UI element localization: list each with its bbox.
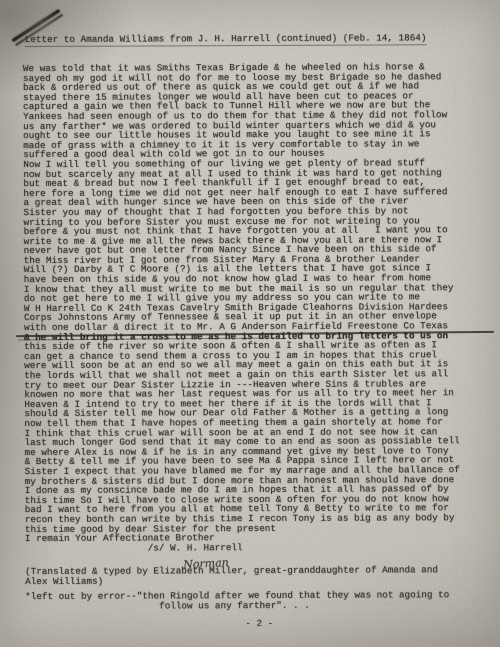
letter-content: Letter to Amanda Williams from J. H. Har… bbox=[23, 27, 494, 630]
letter-title: Letter to Amanda Williams from J. H. Har… bbox=[25, 33, 427, 46]
page-number: - 2 - bbox=[25, 618, 493, 630]
scanned-letter-page: Letter to Amanda Williams from J. H. Har… bbox=[0, 0, 500, 647]
translator-note: (Translated & typed by Elizabeth Miller,… bbox=[25, 565, 493, 586]
letter-struck-line: & he will bring it a cross to me as he i… bbox=[24, 331, 492, 343]
footnote-text: *left out by error--"then Ringold after … bbox=[25, 590, 493, 611]
letter-body-part1: We was told that it was Smiths Texas Bri… bbox=[23, 62, 492, 333]
letter-body-part2: this side of the river so write soon & o… bbox=[24, 340, 493, 553]
struck-line-wrap: & he will bring it a cross to me as he i… bbox=[24, 331, 492, 343]
